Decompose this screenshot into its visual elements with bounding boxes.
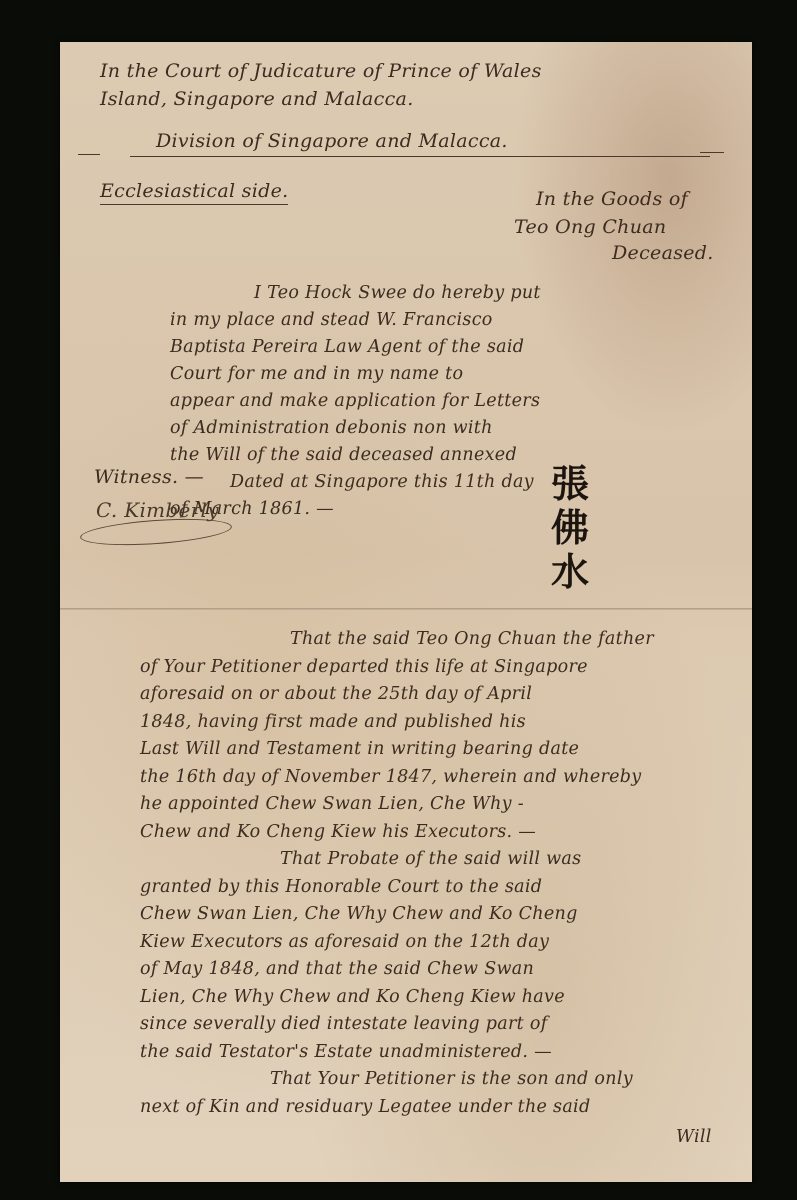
chinese-character: 佛 (540, 506, 600, 550)
proxy-line: of March 1861. — (170, 496, 541, 523)
proxy-line: Court for me and in my name to (170, 361, 541, 388)
page-fold (60, 608, 752, 610)
petition-line: granted by this Honorable Court to the s… (140, 874, 654, 902)
petition-line: he appointed Chew Swan Lien, Che Why - (140, 791, 654, 819)
petition-line: That Probate of the said will was (280, 846, 654, 874)
court-title-line-1: In the Court of Judicature of Prince of … (100, 60, 542, 82)
proxy-line: in my place and stead W. Francisco (170, 307, 541, 334)
matter-line-2: Teo Ong Chuan (514, 216, 666, 238)
petition-line: That the said Teo Ong Chuan the father (290, 626, 654, 654)
petition-line: Lien, Che Why Chew and Ko Cheng Kiew hav… (140, 984, 654, 1012)
proxy-line: appear and make application for Letters (170, 388, 541, 415)
petition-line: Chew Swan Lien, Che Why Chew and Ko Chen… (140, 901, 654, 929)
petition-line: 1848, having first made and published hi… (140, 709, 654, 737)
division-rule-left (78, 154, 100, 155)
petition-line: Last Will and Testament in writing beari… (140, 736, 654, 764)
petition-line: since severally died intestate leaving p… (140, 1011, 654, 1039)
proxy-paragraph: I Teo Hock Swee do hereby put in my plac… (170, 280, 541, 523)
petition-paragraph: That the said Teo Ong Chuan the father o… (140, 626, 654, 1121)
petition-line: That Your Petitioner is the son and only (270, 1066, 654, 1094)
petition-line: the said Testator's Estate unadministere… (140, 1039, 654, 1067)
chinese-signature: 張 佛 水 (540, 462, 600, 594)
jurisdiction-label: Ecclesiastical side. (100, 180, 288, 205)
document-page: In the Court of Judicature of Prince of … (60, 42, 752, 1182)
proxy-line: Dated at Singapore this 11th day (230, 469, 541, 496)
petition-line: next of Kin and residuary Legatee under … (140, 1094, 654, 1122)
chinese-character: 水 (540, 550, 600, 594)
division-title: Division of Singapore and Malacca. (156, 130, 508, 152)
petition-line: Chew and Ko Cheng Kiew his Executors. — (140, 819, 654, 847)
chinese-character: 張 (540, 462, 600, 506)
witness-label: Witness. — (94, 466, 204, 488)
matter-line-1: In the Goods of (536, 188, 688, 210)
petition-line: of May 1848, and that the said Chew Swan (140, 956, 654, 984)
catchword: Will (676, 1124, 712, 1151)
petition-line: Kiew Executors as aforesaid on the 12th … (140, 929, 654, 957)
proxy-line: of Administration debonis non with (170, 415, 541, 442)
petition-line: of Your Petitioner departed this life at… (140, 654, 654, 682)
petition-line: the 16th day of November 1847, wherein a… (140, 764, 654, 792)
proxy-line: I Teo Hock Swee do hereby put (254, 280, 541, 307)
matter-line-3: Deceased. (612, 242, 714, 264)
petition-line: aforesaid on or about the 25th day of Ap… (140, 681, 654, 709)
proxy-line: the Will of the said deceased annexed (170, 442, 541, 469)
proxy-line: Baptista Pereira Law Agent of the said (170, 334, 541, 361)
court-title-line-2: Island, Singapore and Malacca. (100, 88, 414, 110)
division-underline (130, 156, 710, 157)
division-rule-right (700, 152, 724, 153)
